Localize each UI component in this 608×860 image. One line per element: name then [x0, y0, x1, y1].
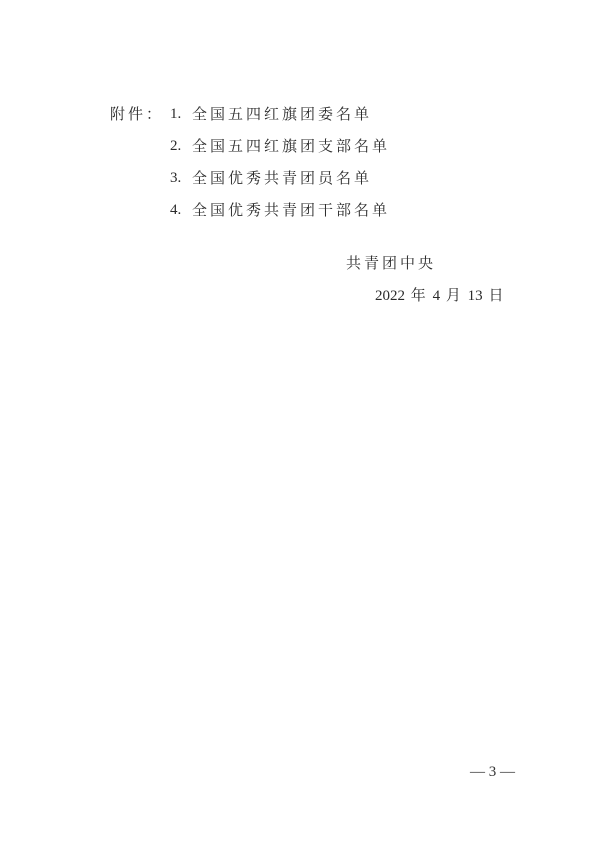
attachment-item: 附件： 3. 全国优秀共青团员名单 — [110, 162, 390, 194]
date-month: 4 — [433, 288, 441, 304]
attachment-title: 全国优秀共青团员名单 — [192, 162, 372, 194]
date-month-unit: 月 — [446, 286, 462, 304]
signature-date: 2022 年 4 月 13 日 — [375, 284, 504, 305]
attachments-label: 附件： — [110, 98, 170, 130]
attachment-item: 附件： 4. 全国优秀共青团干部名单 — [110, 194, 390, 226]
date-year-unit: 年 — [411, 286, 427, 304]
signature-organization: 共青团中央 — [346, 252, 436, 273]
attachment-number: 2. — [170, 130, 192, 162]
date-day-unit: 日 — [488, 286, 504, 304]
date-year: 2022 — [375, 288, 405, 304]
attachment-title: 全国五四红旗团支部名单 — [192, 130, 390, 162]
page-number: — 3 — — [470, 764, 515, 781]
attachment-number: 1. — [170, 98, 192, 130]
document-page: 附件： 1. 全国五四红旗团委名单 附件： 2. 全国五四红旗团支部名单 附件：… — [0, 0, 608, 860]
attachment-item: 附件： 1. 全国五四红旗团委名单 — [110, 98, 390, 130]
attachment-title: 全国优秀共青团干部名单 — [192, 194, 390, 226]
attachment-title: 全国五四红旗团委名单 — [192, 98, 372, 130]
attachment-item: 附件： 2. 全国五四红旗团支部名单 — [110, 130, 390, 162]
attachment-number: 4. — [170, 194, 192, 226]
date-day: 13 — [468, 288, 483, 304]
attachments-list: 附件： 1. 全国五四红旗团委名单 附件： 2. 全国五四红旗团支部名单 附件：… — [110, 98, 390, 226]
attachment-number: 3. — [170, 162, 192, 194]
